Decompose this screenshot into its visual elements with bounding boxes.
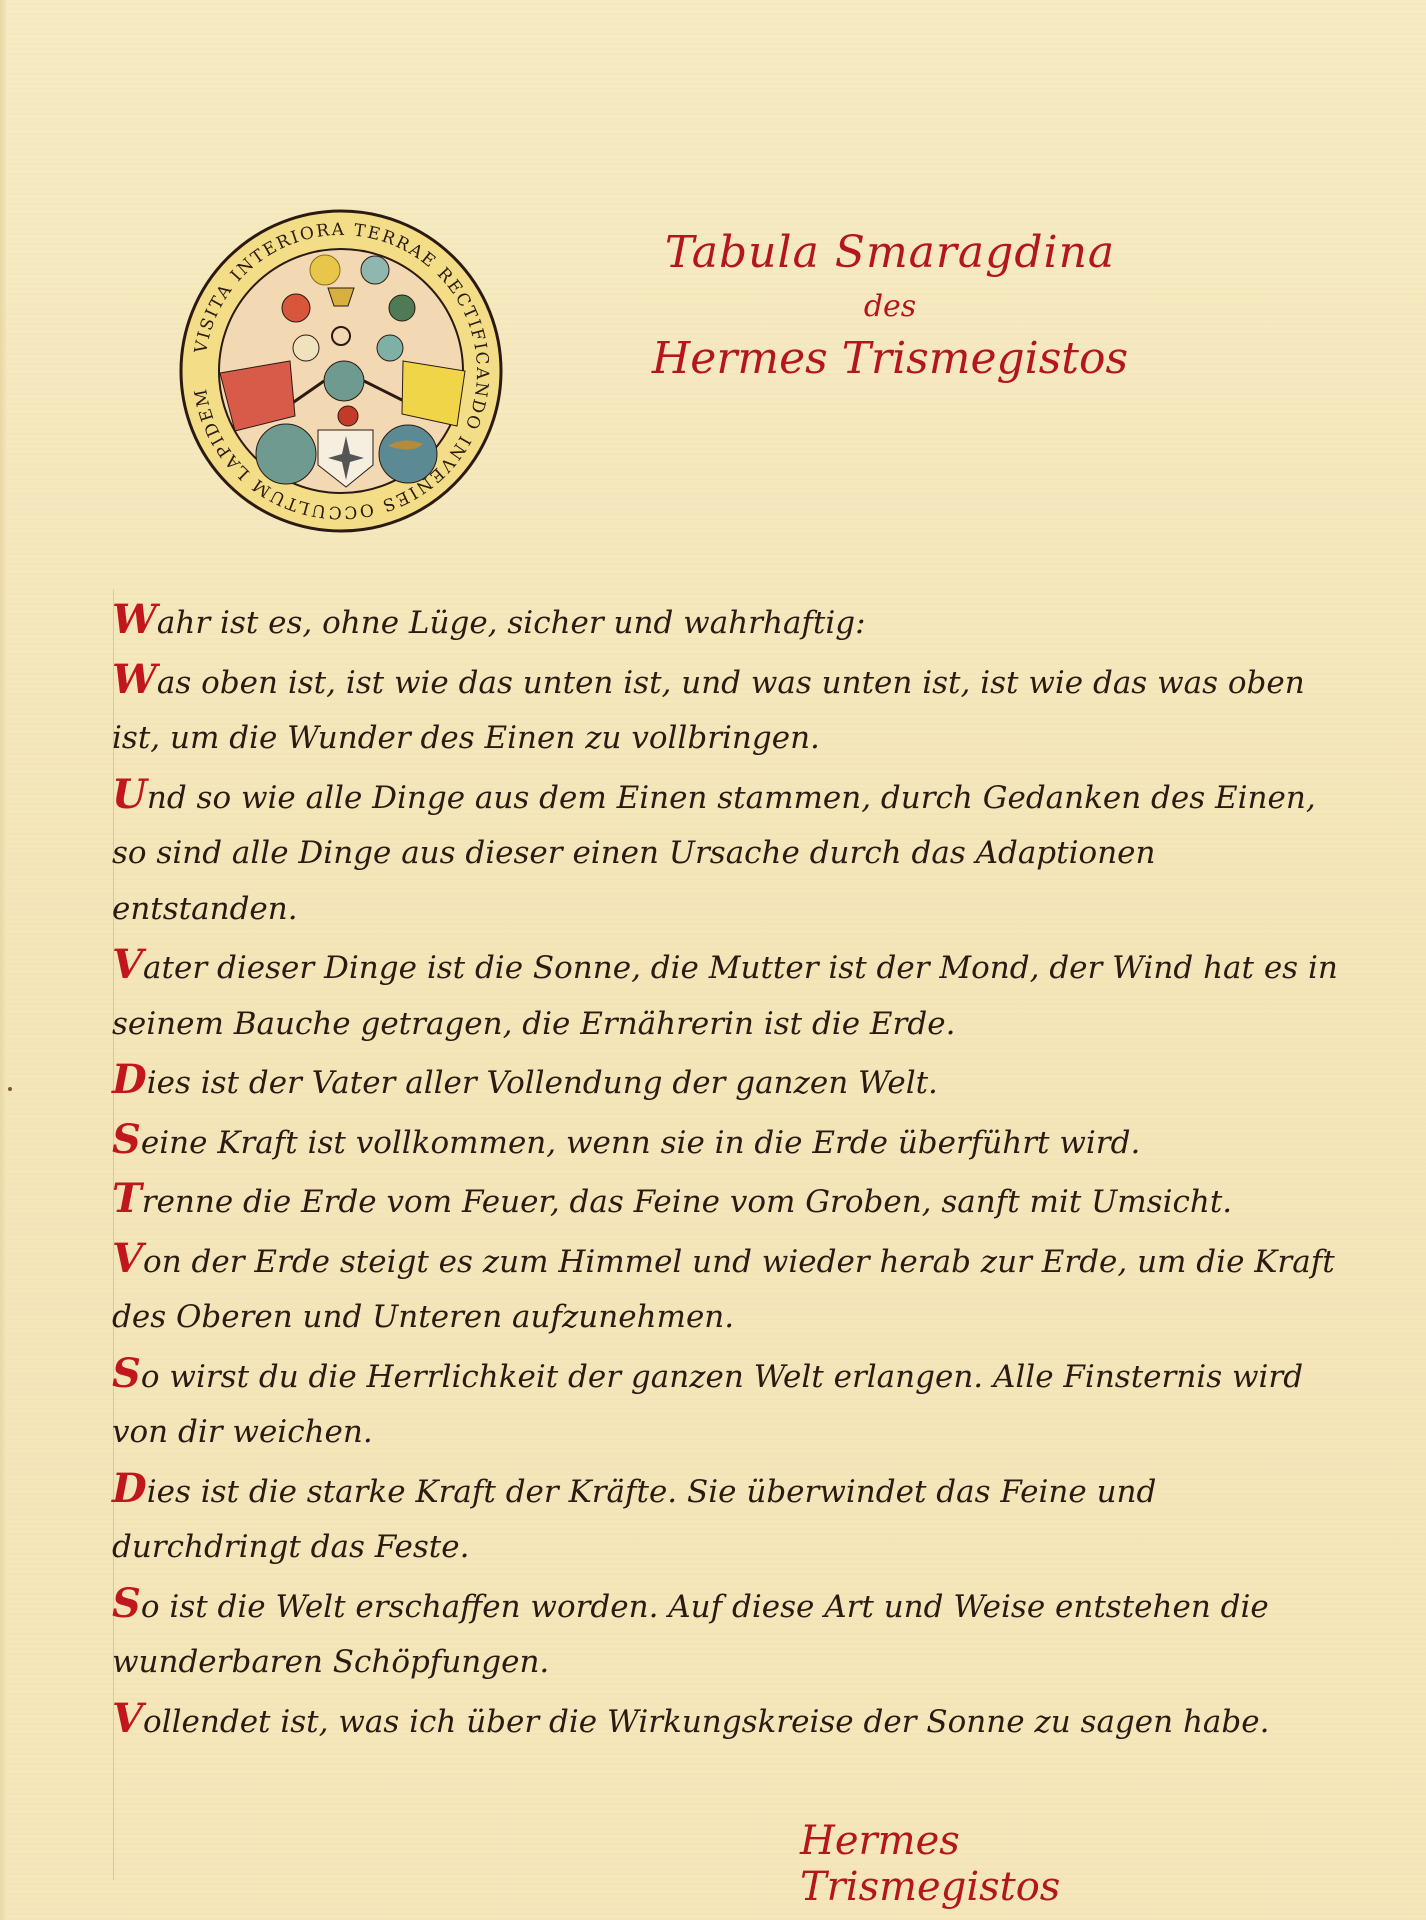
verse-text: ollendet ist, was ich über die Wirkungsk… [143, 1704, 1269, 1740]
verse-3: Und so wie alle Dinge aus dem Einen stam… [112, 767, 1342, 938]
title-line-1: Tabula Smaragdina [580, 225, 1200, 281]
verse-text: ies ist der Vater aller Vollendung der g… [147, 1065, 938, 1101]
initial-capital: S [112, 1580, 141, 1627]
initial-capital: U [112, 771, 147, 818]
verse-4: Vater dieser Dinge ist die Sonne, die Mu… [112, 937, 1342, 1052]
verse-text: ahr ist es, ohne Lüge, sicher und wahrha… [157, 605, 866, 641]
verse-text: renne die Erde vom Feuer, das Feine vom … [142, 1184, 1232, 1220]
initial-capital: D [112, 1465, 147, 1512]
verse-10: Dies ist die starke Kraft der Kräfte. Si… [112, 1461, 1342, 1576]
verse-5: Dies ist der Vater aller Vollendung der … [112, 1052, 1342, 1112]
initial-capital: S [112, 1350, 141, 1397]
verse-7: Trenne die Erde vom Feuer, das Feine vom… [112, 1171, 1342, 1231]
initial-capital: S [112, 1116, 141, 1163]
paper-speck [8, 1087, 12, 1091]
initial-capital: D [112, 1056, 147, 1103]
initial-capital: V [112, 1695, 143, 1742]
initial-capital: V [112, 941, 143, 988]
verse-text: ies ist die starke Kraft der Kräfte. Sie… [112, 1474, 1156, 1566]
initial-capital: V [112, 1235, 143, 1282]
verse-6: Seine Kraft ist vollkommen, wenn sie in … [112, 1112, 1342, 1172]
alchemical-emblem: VISITA INTERIORA TERRAE RECTIFICANDO INV… [178, 208, 504, 534]
verse-8: Von der Erde steigt es zum Himmel und wi… [112, 1231, 1342, 1346]
verse-text: on der Erde steigt es zum Himmel und wie… [112, 1244, 1335, 1336]
verse-text: o wirst du die Herrlichkeit der ganzen W… [112, 1359, 1303, 1451]
initial-capital: W [112, 656, 157, 703]
signature: Hermes Trismegistos [800, 1818, 1230, 1910]
verse-11: So ist die Welt erschaffen worden. Auf d… [112, 1576, 1342, 1691]
verse-text: ater dieser Dinge ist die Sonne, die Mut… [112, 950, 1338, 1042]
title-line-2: des [580, 283, 1200, 331]
verse-text: as oben ist, ist wie das unten ist, und … [112, 665, 1305, 757]
document-body: Wahr ist es, ohne Lüge, sicher und wahrh… [112, 592, 1342, 1750]
verse-text: nd so wie alle Dinge aus dem Einen stamm… [112, 780, 1316, 927]
verse-12: Vollendet ist, was ich über die Wirkungs… [112, 1691, 1342, 1751]
verse-1: Wahr ist es, ohne Lüge, sicher und wahrh… [112, 592, 1342, 652]
page-edge [0, 0, 6, 1920]
initial-capital: T [112, 1175, 142, 1222]
verse-text: eine Kraft ist vollkommen, wenn sie in d… [141, 1125, 1140, 1161]
title-line-3: Hermes Trismegistos [580, 331, 1200, 387]
initial-capital: W [112, 596, 157, 643]
verse-2: Was oben ist, ist wie das unten ist, und… [112, 652, 1342, 767]
verse-text: o ist die Welt erschaffen worden. Auf di… [112, 1589, 1269, 1681]
emblem-icon: VISITA INTERIORA TERRAE RECTIFICANDO INV… [178, 208, 504, 534]
document-title: Tabula Smaragdina des Hermes Trismegisto… [580, 225, 1200, 387]
verse-9: So wirst du die Herrlichkeit der ganzen … [112, 1346, 1342, 1461]
